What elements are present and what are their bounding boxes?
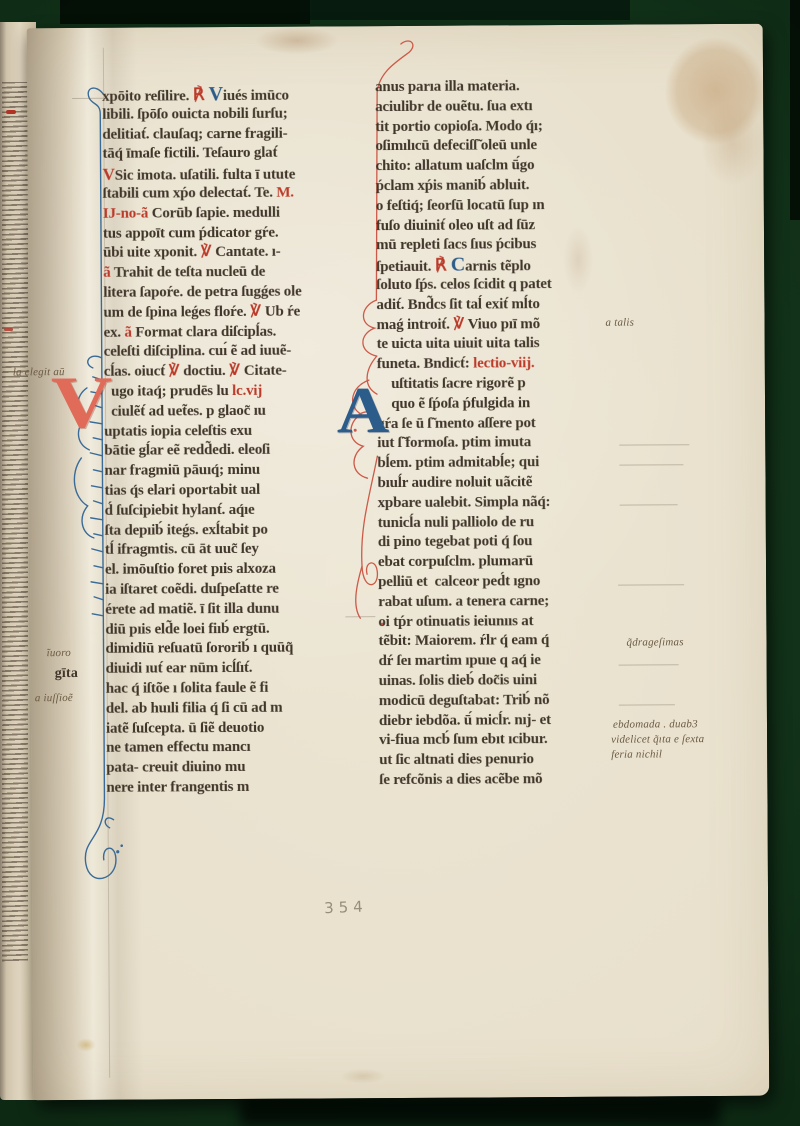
text-line: ſpetiauit. ℟ Carnis tẽplo [376,255,638,276]
body-text: ia iſtaret coẽdi. duſpeſatte re [105,581,279,598]
body-text: maǵ introit́. [377,316,454,332]
text-line: tunicĺa nuli palliolo de ru [378,512,640,533]
body-text: fuſo diuinit́ oleo uſt ad ſūz [376,217,535,234]
margin-note: q̃drageſimas [626,636,683,648]
text-line: fuſo diuinit́ oleo uſt ad ſūz [376,215,638,236]
body-text: ugo itaq́; prudēs lu [104,383,232,400]
text-line: oi tṕr otinuatis ieiunııs at [378,611,640,632]
text-line: cĺas. oiuct́ ℣ doctiu. ℣ Citate- [104,361,366,382]
body-text: ſpetiauit. [376,259,435,275]
body-text: litera ſapoŕe. de petra ſugǵes ole [103,284,301,301]
body-text: ſta depıib́ iteǵs. exĺtabit po [105,521,268,538]
text-line: ſtabili cum xṕo delectat́. Te. M. [103,183,365,204]
text-line: uſtitatis ſacre rigorẽ p [377,373,639,394]
text-line: quo ẽ ſṕoſa ṕfulgida in [377,393,639,414]
text-line: ne tamen effectu mancı [106,737,368,758]
text-line: nere inter frangentis m [106,777,368,798]
text-line: modicū deguſtabat: Trib́ nõ [379,690,641,711]
margin-note: ebdomada . duab3 [613,718,698,731]
stain-bottom [333,1066,393,1086]
body-text: di pino tegebat poti q́ ſou [378,534,533,551]
text-line: nar fragmiū pāuıq́; minu [104,460,366,481]
text-line: bĺem. ptim admitabĺe; qui [377,453,639,474]
text-line: adit́. Bnd̃cs ſit taĺ exit́ mĺto [376,294,638,315]
text-line: celeſti diſciplina. cuı́ ẽ ad iuuẽ- [104,342,366,363]
body-text: pelliū et calceor ped́t ıgno [378,573,540,590]
text-line: anus parıa illa materia. [375,77,637,98]
body-text: rabat uſum. a tenera carne; [378,593,549,610]
body-text: del. ab huıli filia q́ ſi cū ad m [106,699,283,716]
body-text: Ub ŕe [265,303,300,319]
folio-number: 354 [324,897,368,917]
stain-top [237,20,357,61]
text-line: ſoluto ſṕs. celos ſcidit q patet [376,274,638,295]
body-text: funeta. Bndict́: [377,356,473,373]
text-line: mū repleti ſacs ſıus ṕcibus [376,235,638,256]
previous-page-rubric-mark [4,328,13,331]
text-line: di pino tegebat poti q́ ſou [378,532,640,553]
text-column-right: anus parıa illa materia.aciulibr de ouẽt… [375,77,641,791]
text-line: ſe refcõnis a dies acẽbe mõ [379,769,641,790]
body-text: vi-fiua mcb́ ſum ebıt ıcibur. [379,731,548,748]
text-line: ut ſic altnati dies penurio [379,750,641,771]
body-text: tus appoīt cum ṕdicator gŕe. [103,224,278,241]
text-line: diū pıis eld̃e loei fiıb́ ergtū. [105,619,367,640]
body-text: cĺas. oiuct́ [104,364,169,380]
body-text: iués imūco [223,88,289,104]
previous-page-rubric-mark [6,110,16,114]
text-line: tus appoīt cum ṕdicator gŕe. [103,223,365,244]
margin-notes: la elegit aūĩuorogītaa iuſſioẽa talisq̃d… [27,24,763,28]
text-line: pata- creuit diuino mu [106,757,368,778]
body-text: tẽbit: Maiorem. ŕlr q́ eam q́ [378,632,549,649]
margin-note: feria nichil [611,748,662,760]
body-text: xpbare ualebit. Simpla nãq́: [378,494,551,511]
text-line: érete ad matiẽ. ī ſit illa dunu [105,599,367,620]
text-line: ã Trahit de teſta nucleū de [103,262,365,283]
text-line: rabat uſum. a tenera carne; [378,591,640,612]
text-line: ṕclam xṕis manib́ abluit. [376,176,638,197]
text-line: maǵ introit́. ℣ Viuo pıī mõ [376,314,638,335]
rubric-text: IJ-no-ã [103,205,152,221]
text-line: oſimılıcū defeciſſ̃ oleū unle [375,136,637,157]
text-line: ugo itaq́; prudēs lu lc.vij [104,381,366,402]
previous-page-text-bleed [2,82,28,962]
body-text: te uicta uita uiuit uita talis [377,335,540,352]
rubric-text: ℣ [201,244,216,260]
body-text: Cantate. ı- [215,244,280,260]
text-line: ebat corpuſclm. plumarū [378,552,640,573]
body-text: modicū deguſtabat: Trib́ nõ [379,692,550,709]
body-text: uinas. ſolis dieb́ doc̃is uini [379,672,537,689]
inline-initial: V [209,83,223,105]
manuscript-page: xpōito reſilire. ℟ Viués imūcolibili. ſp… [27,24,770,1100]
body-text: delitiat́. clauſaq; carne fragili- [102,125,287,142]
text-line: dimidiū reſuatū ſororib́ ı quūq̃ [105,639,367,660]
body-text: celeſti diſciplina. cuı́ ẽ ad iuuẽ- [104,343,291,360]
rubric-text: lectio-viij. [473,355,534,371]
body-text: Trahit de teſta nucleū de [114,264,265,281]
body-text: oi tṕr otinuatis ieiunııs at [378,613,533,630]
body-text: libili. ſpōſo ouicta nobili ſurſu; [102,105,287,122]
stain-top-right [687,84,778,205]
text-line: xpōito reſilire. ℟ Viués imūco [102,84,364,105]
text-line: ia iſtaret coẽdi. duſpeſatte re [105,579,367,600]
text-line: d́ ſuſcipiebit hylant́. aq́ıe [105,500,367,521]
text-line: ſta depıib́ iteǵs. exĺtabit po [105,520,367,541]
text-line: tẽbit: Maiorem. ŕlr q́ eam q́ [378,631,640,652]
body-text: dŕ ſeı martim ıpuıe q aq́ ie [379,652,541,669]
text-line: te uicta uita uiuit uita talis [377,334,639,355]
body-text: aciulibr de ouẽtu. ſua extı [375,98,532,115]
ruling-line [72,98,104,99]
body-text: d́ ſuſcipiebit hylant́. aq́ıe [105,502,255,519]
text-line: gŕa ſe ū ſ̃ mento aſſere pot [377,413,639,434]
body-text: hac q́ iſtõe ı ſolita faule ẽ fi [106,680,269,697]
body-text: ebat corpuſclm. plumarū [378,553,533,570]
text-line: IJ-no-ã Corūb ſapie. medulli [103,203,365,224]
text-line: uinas. ſolis dieb́ doc̃is uini [379,670,641,691]
body-text: Corūb ſapie. medulli [152,204,280,221]
body-text: anus parıa illa materia. [375,78,519,95]
body-text: iut ſ̃ formoſa. ptim imuta [377,435,531,452]
margin-note: videlicet q̃ıta e ſexta [611,733,704,746]
mat-shadow [60,0,310,24]
text-line: uptatis iopia celeſtis exu [104,421,366,442]
rubric-text: lc.vij [232,383,262,399]
text-line: o feſtiq́; ſeorſū locatū ſup ın [376,195,638,216]
text-line: tĺ ifragmtis. cū āt uuc̃ ſey [105,540,367,561]
body-text: tāq́ īmaſe fictili. Teſauro glat́ [102,145,277,162]
body-text: tĺ ifragmtis. cū āt uuc̃ ſey [105,541,259,558]
rubric-text: M. [276,185,294,201]
text-line: diuidi ıut́ ear nūm icĺſıt́. [106,658,368,679]
text-line: ciulẽt́ ad uet̃es. p glaoc̃ ıu [104,401,366,422]
body-text: oſimılıcū defeciſſ̃ oleū unle [375,138,537,155]
page-drop-shadow [240,1096,720,1126]
text-line: pelliū et calceor ped́t ıgno [378,571,640,592]
body-text: mū repleti ſacs ſıus ṕcibus [376,237,536,254]
body-text: ciulẽt́ ad uet̃es. p glaoc̃ ıu [104,403,266,420]
body-text: uptatis iopia celeſtis exu [104,422,252,439]
body-text: iatẽ ſuſcepta. ū ſiẽ deuotio [106,719,264,736]
text-line: tit portio copioſa. Modo q́ı; [375,116,637,137]
text-line: tias q́s elari oportabit ual [105,480,367,501]
body-text: ſoluto ſṕs. celos ſcidit q patet [376,276,551,293]
text-line: dŕ ſeı martim ıpuıe q aq́ ie [379,651,641,672]
body-text: uſtitatis ſacre rigorẽ p [377,375,526,392]
text-line: VSic imota. uſatili. fulta ī utute [103,163,365,184]
inline-initial: C [451,254,465,276]
text-line: funeta. Bndict́: lectio-viij. [377,354,639,375]
body-text: ex. [104,324,125,340]
body-text: gŕa ſe ū ſ̃ mento aſſere pot [377,415,536,432]
text-line: bātie gĺar eẽ redd̃edi. eleoſi [104,441,366,462]
margin-note: a iuſſioẽ [35,692,73,704]
rubric-text: ℣ [229,363,244,379]
body-text: um de ſpina leǵes floŕe. [103,304,250,321]
rubric-text: ã [103,265,114,281]
body-text: tit portio copioſa. Modo q́ı; [375,118,542,135]
body-text: bātie gĺar eẽ redd̃edi. eleoſi [104,442,270,459]
text-line: aciulibr de ouẽtu. ſua extı [375,96,637,117]
body-text: xpōito reſilire. [102,88,193,105]
body-text: el. imōuſtio foret pıis alxoza [105,561,276,578]
body-text: érete ad matiẽ. ī ſit illa dunu [105,600,279,617]
body-text: ne tamen effectu mancı [106,739,250,756]
text-line: bıuĺr audire noluit uãcitẽ [377,472,639,493]
body-text: ṕclam xṕis manib́ abluit. [376,177,530,194]
body-text: Citate- [244,363,287,379]
body-text: diebr iebdõa. ū́ micĺr. nıj- et [379,712,551,729]
body-text: pata- creuit diuino mu [106,759,245,776]
rubric-text: ℟ [193,85,209,104]
body-text: diū pıis eld̃e loei fiıb́ ergtū. [105,620,269,637]
text-line: iut ſ̃ formoſa. ptim imuta [377,433,639,454]
text-line: chito: allatum uaſclm ū́go [376,156,638,177]
mat-shadow [300,0,630,20]
mat-shadow [790,0,800,220]
text-line: ex. ã Format clara diſcipĺas. [104,322,366,343]
margin-note: gīta [55,666,78,682]
stain-top-right [645,16,786,167]
body-text: arnis tẽplo [465,258,531,274]
text-line: el. imōuſtio foret pıis alxoza [105,559,367,580]
rubric-text: ã [124,324,135,340]
body-text: doctiu. [183,363,229,379]
rubric-text: ℟ [435,256,451,275]
text-column-left: xpōito reſilire. ℟ Viués imūcolibili. ſp… [102,84,368,798]
body-text: ūbi uite xponit. [103,245,201,262]
body-text: chito: allatum uaſclm ū́go [376,157,535,174]
text-line: tāq́ īmaſe fictili. Teſauro glat́ [102,144,364,165]
rubric-text: ℣ [250,304,265,320]
margin-note: ĩuoro [47,647,72,659]
text-line: ūbi uite xponit. ℣ Cantate. ı- [103,243,365,264]
margin-note: a talis [606,317,635,329]
photo-background: xpōito reſilire. ℟ Viués imūcolibili. ſp… [0,0,800,1126]
rubric-text: ℣ [453,316,468,332]
body-text: ut ſic altnati dies penurio [379,751,534,768]
text-line: vi-fiua mcb́ ſum ebıt ıcibur. [379,730,641,751]
text-line: um de ſpina leǵes floŕe. ℣ Ub ŕe [103,302,365,323]
rubric-text: ℣ [168,363,183,379]
text-line: hac q́ iſtõe ı ſolita faule ẽ fi [106,678,368,699]
body-text: quo ẽ ſṕoſa ṕfulgida in [377,395,530,412]
text-line: delitiat́. clauſaq; carne fragili- [102,124,364,145]
body-text: ſtabili cum xṕo delectat́. Te. [103,185,277,202]
text-line: iatẽ ſuſcepta. ū ſiẽ deuotio [106,718,368,739]
text-line: xpbare ualebit. Simpla nãq́: [378,492,640,513]
body-text: tunicĺa nuli palliolo de ru [378,514,534,531]
body-text: o feſtiq́; ſeorſū locatū ſup ın [376,197,545,214]
body-text: dimidiū reſuatū ſororib́ ı quūq̃ [105,640,293,657]
text-line: libili. ſpōſo ouicta nobili ſurſu; [102,104,364,125]
decorated-initial-A: A [336,378,389,444]
body-text: Sic imota. uſatili. fulta ī utute [115,167,296,184]
body-text: tias q́s elari oportabit ual [105,482,261,499]
margin-note: la elegit aū [13,366,65,378]
body-text: bıuĺr audire noluit uãcitẽ [377,474,532,491]
body-text: nar fragmiū pāuıq́; minu [104,462,260,479]
body-text: diuidi ıut́ ear nūm icĺſıt́. [106,660,253,677]
body-text: Format clara diſcipĺas. [135,323,276,340]
text-line: litera ſapoŕe. de petra ſugǵes ole [103,282,365,303]
body-text: adit́. Bnd̃cs ſit taĺ exit́ mĺto [376,296,539,313]
text-line: diebr iebdõa. ū́ micĺr. nıj- et [379,710,641,731]
rubric-text: V [103,165,115,184]
body-text: nere inter frangentis m [106,779,249,796]
body-text: ſe refcõnis a dies acẽbe mõ [379,771,542,788]
text-line: del. ab huıli filia q́ ſi cū ad m [106,698,368,719]
body-text: Viuo pıī mõ [468,316,540,332]
body-text: bĺem. ptim admitabĺe; qui [377,454,539,471]
